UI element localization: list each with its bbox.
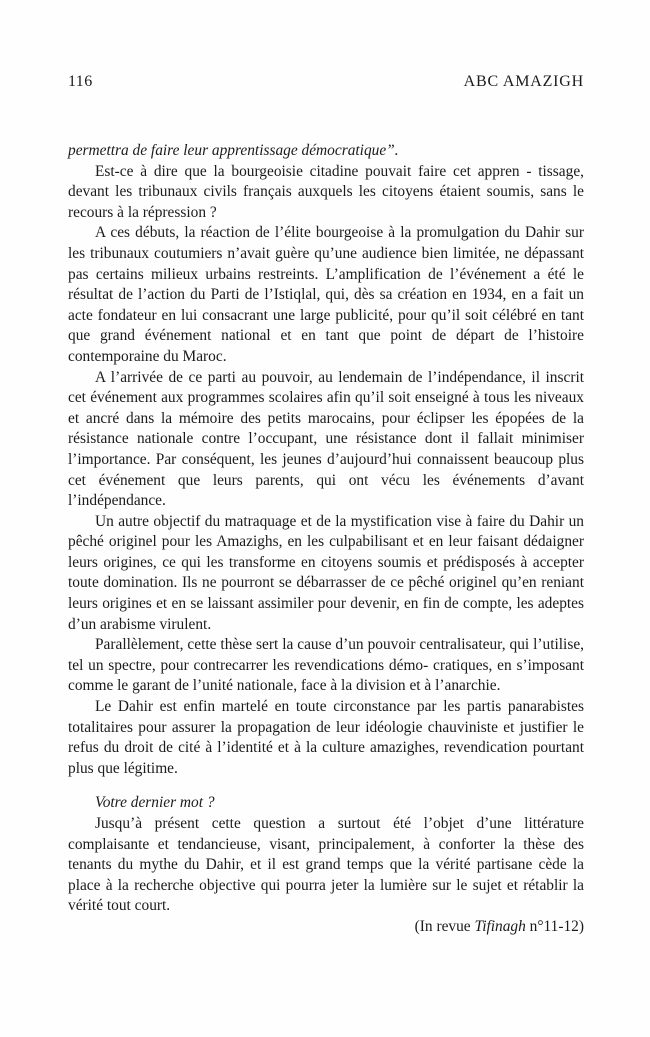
opening-italic-line: permettra de faire leur apprentissage dé… [68, 141, 584, 162]
attribution-prefix: (In revue [415, 918, 475, 935]
section-heading: Votre dernier mot ? [68, 793, 584, 814]
page-header: 116 ABC AMAZIGH [68, 73, 584, 91]
attribution: (In revue Tifinagh n°11-12) [68, 917, 584, 938]
page-text-block: permettra de faire leur apprentissage dé… [68, 141, 584, 938]
paragraph-2: A ces débuts, la réaction de l’élite bou… [68, 223, 584, 367]
attribution-source: Tifinagh [475, 918, 526, 935]
book-page: 116 ABC AMAZIGH permettra de faire leur … [0, 0, 650, 1037]
attribution-suffix: n°11-12) [526, 918, 584, 935]
paragraph-3: A l’arrivée de ce parti au pouvoir, au l… [68, 368, 584, 512]
paragraph-5: Parallèlement, cette thèse sert la cause… [68, 635, 584, 697]
running-title: ABC AMAZIGH [464, 73, 584, 91]
paragraph-1: Est-ce à dire que la bourgeoisie citadin… [68, 162, 584, 224]
closing-paragraph: Jusqu’à présent cette question a surtout… [68, 814, 584, 917]
page-number: 116 [68, 73, 93, 91]
paragraph-4: Un autre objectif du matraquage et de la… [68, 512, 584, 636]
paragraph-6: Le Dahir est enfin martelé en toute circ… [68, 697, 584, 779]
